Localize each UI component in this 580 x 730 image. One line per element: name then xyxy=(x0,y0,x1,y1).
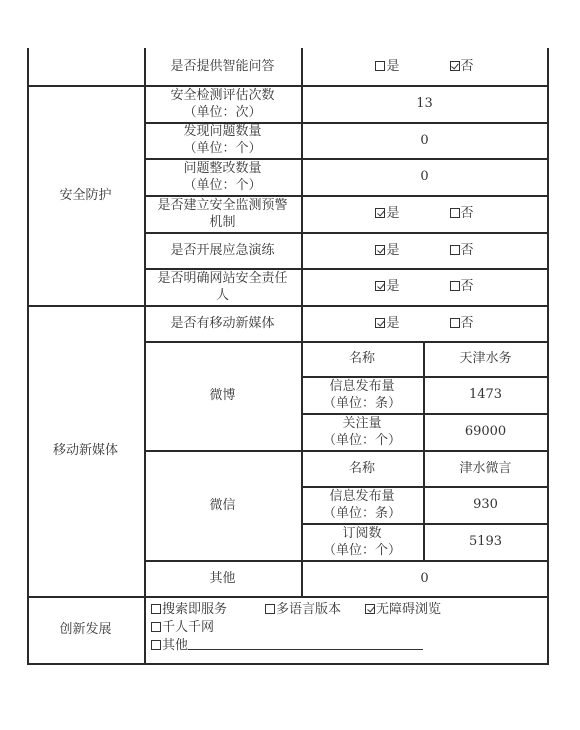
other-value: 0 xyxy=(301,560,548,596)
security-check-label: 是否建立安全监测预警 机制 xyxy=(144,195,301,232)
checkbox-checked-icon[interactable] xyxy=(375,245,385,255)
weibo-field-label: 名称 xyxy=(301,341,423,376)
security-check-options: 是 否 xyxy=(301,232,548,268)
security-item-value: 0 xyxy=(301,122,548,158)
checkbox-checked-icon[interactable] xyxy=(375,281,385,291)
security-check-options: 是 否 xyxy=(301,195,548,232)
wechat-field-value: 930 xyxy=(423,486,548,523)
checkbox-checked-icon[interactable] xyxy=(375,208,385,218)
has-mobile-label: 是否有移动新媒体 xyxy=(144,305,301,341)
checkbox-unchecked-icon[interactable] xyxy=(450,208,460,218)
border-bottom xyxy=(27,663,549,665)
weibo-field-label: 关注量 （单位：个） xyxy=(301,413,423,450)
smart-qa-options: 是 否 xyxy=(301,48,548,85)
innovation-category: 创新发展 xyxy=(27,596,144,663)
checkbox-checked-icon[interactable] xyxy=(450,61,460,71)
checkbox-unchecked-icon[interactable] xyxy=(450,281,460,291)
has-mobile-options: 是 否 xyxy=(301,305,548,341)
checkbox-unchecked-icon[interactable] xyxy=(450,318,460,328)
yes-option[interactable]: 是 xyxy=(375,315,399,332)
option-other[interactable]: 其他 xyxy=(151,637,188,655)
option-multilingual[interactable]: 多语言版本 xyxy=(265,601,341,619)
checkbox-unchecked-icon[interactable] xyxy=(265,604,275,614)
security-item-value: 0 xyxy=(301,158,548,195)
checkbox-unchecked-icon[interactable] xyxy=(375,61,385,71)
yes-option[interactable]: 是 xyxy=(375,205,399,222)
option-accessibility[interactable]: 无障碍浏览 xyxy=(365,601,441,619)
checkbox-checked-icon[interactable] xyxy=(365,604,375,614)
weibo-field-value: 69000 xyxy=(423,413,548,450)
innovation-options: 搜索即服务多语言版本无障碍浏览 千人千网 其他 xyxy=(151,601,441,655)
security-item-label: 发现问题数量 （单位：个） xyxy=(144,122,301,158)
wechat-label: 微信 xyxy=(144,450,301,560)
security-item-value: 13 xyxy=(301,85,548,122)
wechat-field-label: 名称 xyxy=(301,450,423,486)
weibo-field-value: 1473 xyxy=(423,376,548,413)
no-option[interactable]: 否 xyxy=(450,278,474,295)
security-check-options: 是 否 xyxy=(301,268,548,305)
security-category: 安全防护 xyxy=(27,85,144,305)
mobile-category: 移动新媒体 xyxy=(27,305,144,596)
option-personalized[interactable]: 千人千网 xyxy=(151,619,214,637)
wechat-field-label: 信息发布量 （单位：条） xyxy=(301,486,423,523)
weibo-field-value: 天津水务 xyxy=(423,341,548,376)
checkbox-unchecked-icon[interactable] xyxy=(151,640,161,650)
no-option[interactable]: 否 xyxy=(450,242,474,259)
wechat-field-value: 津水微言 xyxy=(423,450,548,486)
weibo-field-label: 信息发布量 （单位：条） xyxy=(301,376,423,413)
security-check-label: 是否开展应急演练 xyxy=(144,232,301,268)
security-item-label: 安全检测评估次数 （单位：次） xyxy=(144,85,301,122)
other-fill-line[interactable] xyxy=(188,637,423,650)
security-item-label: 问题整改数量 （单位：个） xyxy=(144,158,301,195)
no-option[interactable]: 否 xyxy=(450,315,474,332)
checkbox-unchecked-icon[interactable] xyxy=(151,622,161,632)
checkbox-unchecked-icon[interactable] xyxy=(151,604,161,614)
other-label: 其他 xyxy=(144,560,301,596)
yes-option[interactable]: 是 xyxy=(375,242,399,259)
yes-option[interactable]: 是 xyxy=(375,278,399,295)
checkbox-checked-icon[interactable] xyxy=(375,318,385,328)
security-check-label: 是否明确网站安全责任 人 xyxy=(144,268,301,305)
no-option[interactable]: 否 xyxy=(450,205,474,222)
smart-qa-yes-option[interactable]: 是 xyxy=(375,58,399,75)
weibo-label: 微博 xyxy=(144,341,301,450)
wechat-field-label: 订阅数 （单位：个） xyxy=(301,523,423,560)
checkbox-unchecked-icon[interactable] xyxy=(450,245,460,255)
smart-qa-label: 是否提供智能问答 xyxy=(144,48,301,85)
option-search-service[interactable]: 搜索即服务 xyxy=(151,601,227,619)
smart-qa-no-option[interactable]: 否 xyxy=(450,58,474,75)
wechat-field-value: 5193 xyxy=(423,523,548,560)
